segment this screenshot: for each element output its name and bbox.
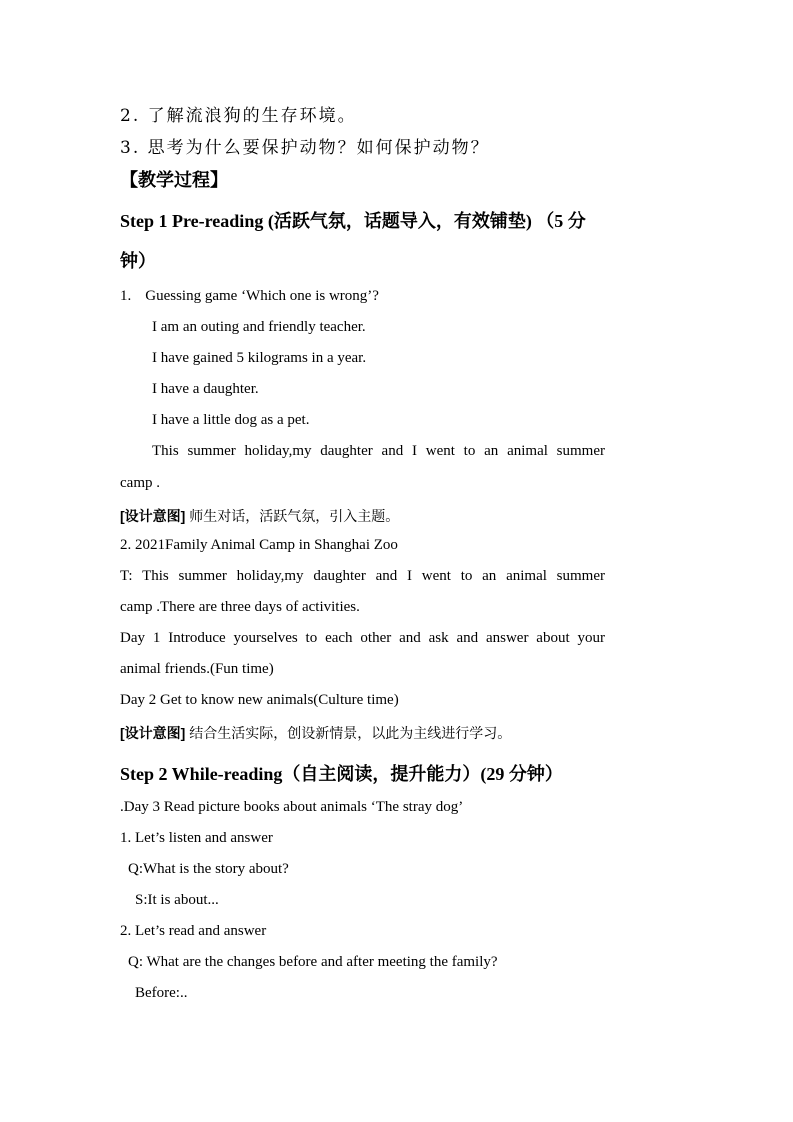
step2-heading: Step 2 While-reading（自主阅读，提升能力）(29 分钟） xyxy=(120,760,563,786)
task2-answer: Before:.. xyxy=(135,985,187,1002)
task2-title: 2. Let’s read and answer xyxy=(120,923,266,940)
design-intent-text: 结合生活实际，创设新情景，以此为主线进行学习。 xyxy=(185,725,511,741)
day1-line-1: Day 1 Introduce yourselves to each other… xyxy=(120,630,605,647)
closing-line-1: This summer holiday,my daughter and I we… xyxy=(152,443,605,460)
day3-line: .Day 3 Read picture books about animals … xyxy=(120,799,463,816)
task1-title: 1. Let’s listen and answer xyxy=(120,830,273,847)
task2-question: Q: What are the changes before and after… xyxy=(128,954,498,971)
statement-2: I have gained 5 kilograms in a year. xyxy=(152,350,366,367)
objective-2: 2. 了解流浪狗的生存环境。 xyxy=(120,101,357,126)
item1-heading: 1.Guessing game ‘Which one is wrong’? xyxy=(120,288,379,305)
day1-line-2: animal friends.(Fun time) xyxy=(120,661,274,678)
closing-line-2: camp . xyxy=(120,475,160,492)
task1-answer: S:It is about... xyxy=(135,892,219,909)
statement-4: I have a little dog as a pet. xyxy=(152,412,309,429)
teacher-line-1: T: This summer holiday,my daughter and I… xyxy=(120,568,605,585)
statement-1: I am an outing and friendly teacher. xyxy=(152,319,366,336)
step1-heading: Step 1 Pre-reading (活跃气氛，话题导入，有效铺垫) （5 分 xyxy=(120,207,586,233)
day2-line: Day 2 Get to know new animals(Culture ti… xyxy=(120,692,399,709)
objective-3: 3. 思考为什么要保护动物？如何保护动物？ xyxy=(120,133,490,158)
task1-question: Q:What is the story about? xyxy=(128,861,289,878)
item1-number: 1. xyxy=(120,288,131,304)
design-intent-1: [设计意图] 师生对话，活跃气氛，引入主题。 xyxy=(120,506,399,526)
design-intent-text: 师生对话，活跃气氛，引入主题。 xyxy=(185,508,399,524)
item2-title: 2. 2021Family Animal Camp in Shanghai Zo… xyxy=(120,537,398,554)
design-intent-tag: [设计意图] xyxy=(120,725,185,741)
section-title: 【教学过程】 xyxy=(120,166,228,192)
teacher-line-2: camp .There are three days of activities… xyxy=(120,599,360,616)
item1-title: Guessing game ‘Which one is wrong’? xyxy=(145,288,379,304)
design-intent-tag: [设计意图] xyxy=(120,508,185,524)
step1-heading-cont: 钟） xyxy=(120,247,156,273)
statement-3: I have a daughter. xyxy=(152,381,259,398)
design-intent-2: [设计意图] 结合生活实际，创设新情景，以此为主线进行学习。 xyxy=(120,723,511,743)
